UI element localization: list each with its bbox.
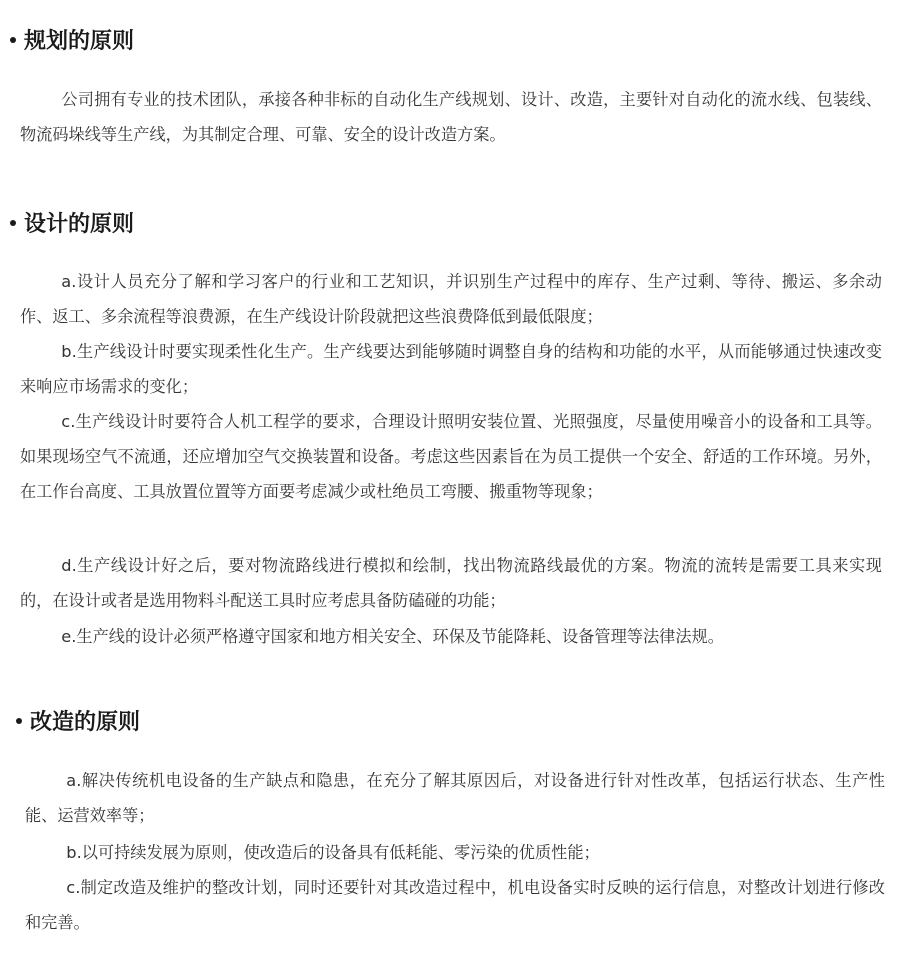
paragraph: c.生产线设计时要符合人机工程学的要求，合理设计照明安装位置、光照强度，尽量使用…	[20, 405, 882, 509]
heading-text: 规划的原则	[24, 29, 134, 54]
section-heading: 改造的原则	[16, 709, 140, 737]
paragraph: a.解决传统机电设备的生产缺点和隐患，在充分了解其原因后，对设备进行针对性改革，…	[25, 764, 885, 834]
bullet-icon	[10, 37, 16, 43]
heading-text: 设计的原则	[24, 212, 134, 237]
paragraph: a.设计人员充分了解和学习客户的行业和工艺知识，并识别生产过程中的库存、生产过剩…	[20, 265, 882, 335]
paragraph: b.生产线设计时要实现柔性化生产。生产线要达到能够随时调整自身的结构和功能的水平…	[20, 335, 882, 405]
section-heading: 设计的原则	[10, 211, 134, 239]
bullet-icon	[10, 220, 16, 226]
bullet-icon	[16, 718, 22, 724]
paragraph: 公司拥有专业的技术团队，承接各种非标的自动化生产线规划、设计、改造，主要针对自动…	[20, 83, 882, 153]
paragraph: e.生产线的设计必须严格遵守国家和地方相关安全、环保及节能降耗、设备管理等法律法…	[20, 620, 882, 655]
section-heading: 规划的原则	[10, 28, 134, 56]
paragraph: d.生产线设计好之后，要对物流路线进行模拟和绘制，找出物流路线最优的方案。物流的…	[20, 549, 882, 619]
heading-text: 改造的原则	[30, 710, 140, 735]
paragraph: c.制定改造及维护的整改计划，同时还要针对其改造过程中，机电设备实时反映的运行信…	[25, 871, 885, 941]
paragraph: b.以可持续发展为原则，使改造后的设备具有低耗能、零污染的优质性能；	[25, 836, 885, 871]
